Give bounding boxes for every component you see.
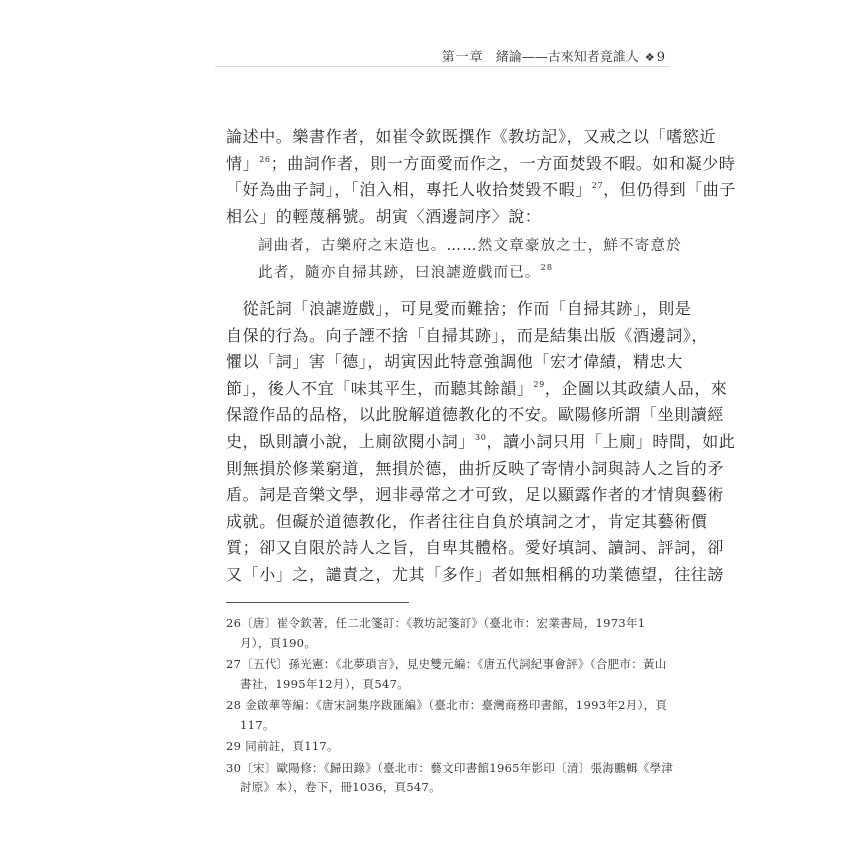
footnote-ref-30[interactable]: 30: [475, 433, 486, 442]
text-line: 質；卻又自限於詩人之旨，自卑其體格。愛好填詞、讀詞、評詞，卻: [226, 535, 658, 562]
text-line: 從託詞「浪謔遊戲」，可見愛而難捨；作而「自掃其跡」，則是: [226, 296, 658, 323]
text-line: 保證作品的品格，以此脫解道德教化的不安。歐陽修所謂「坐則讀經: [226, 402, 658, 429]
footnote-26: 26〔唐〕崔令欽著，任二北箋訂：《教坊記箋訂》（臺北市：宏業書局，1973年1 …: [226, 614, 666, 653]
diamond-icon: ❖: [645, 51, 655, 64]
text-line: 盾。詞是音樂文學，迥非尋常之才可致，足以顯露作者的才情與藝術: [226, 482, 658, 509]
text-line: 「好為曲子詞」，「洎入相，專托人收拾焚毀不暇」27，但仍得到「曲子: [226, 177, 658, 204]
footnote-ref-27[interactable]: 27: [592, 181, 603, 190]
footnote-28: 28 金啟華等編：《唐宋詞集序跋匯編》（臺北市：臺灣商務印書館，1993年2月）…: [226, 696, 666, 735]
text-line: 自保的行為。向子諲不捨「自掃其跡」，而是結集出版《酒邊詞》，: [226, 323, 658, 350]
running-header: 第一章緒論——古來知者竟誰人 ❖9: [440, 46, 665, 65]
text-line: 又「小」之，譴責之，尤其「多作」者如無相稱的功業德望，往往謗: [226, 562, 658, 589]
text-line: 節」，後人不宜「味其平生，而聽其餘韻」29，企圖以其政績人品，來: [226, 376, 658, 403]
footnote-ref-29[interactable]: 29: [533, 380, 544, 389]
footnote-ref-26[interactable]: 26: [259, 155, 270, 164]
footnotes: 26〔唐〕崔令欽著，任二北箋訂：《教坊記箋訂》（臺北市：宏業書局，1973年1 …: [226, 614, 666, 800]
text-line: 相公」的輕蔑稱號。胡寅〈酒邊詞序〉說：: [226, 204, 658, 231]
footnote-29: 29 同前註，頁117。: [226, 737, 666, 757]
paragraph-2: 從託詞「浪謔遊戲」，可見愛而難捨；作而「自掃其跡」，則是 自保的行為。向子諲不捨…: [226, 296, 658, 589]
footnote-divider: [226, 602, 409, 603]
chapter-label: 第一章: [442, 50, 484, 65]
text-line: 成就。但礙於道德教化，作者往往自負於填詞之才，肯定其藝術價: [226, 509, 658, 536]
footnote-30: 30〔宋〕歐陽修：《歸田錄》（臺北市：藝文印書館1965年影印〔清〕張海鵬輯《學…: [226, 759, 666, 798]
text-line: 則無損於修業窮道，無損於德，曲折反映了寄情小詞與詩人之旨的矛: [226, 456, 658, 483]
text-line: 情」26；曲詞作者，則一方面愛而作之，一方面焚毀不暇。如和凝少時: [226, 151, 658, 178]
footnote-ref-28[interactable]: 28: [541, 263, 554, 272]
text-line: 史，臥則讀小說，上廁欲閱小詞」30，讀小詞只用「上廁」時間，如此: [226, 429, 658, 456]
header-divider: [215, 66, 670, 67]
block-quote: 詞曲者，古樂府之末造也。……然文章豪放之士，鮮不寄意於 此者，隨亦自掃其跡，曰浪…: [258, 233, 658, 286]
page-number: 9: [657, 50, 665, 65]
section-title: 緒論——古來知者竟誰人: [496, 50, 639, 65]
footnote-27: 27〔五代〕孫光憲：《北夢瑣言》，見史雙元編：《唐五代詞紀事會評》（合肥市：黃山…: [226, 655, 666, 694]
quote-line: 此者，隨亦自掃其跡，曰浪謔遊戲而已。28: [258, 260, 658, 287]
paragraph-1: 論述中。樂書作者，如崔令欽既撰作《教坊記》，又戒之以「嗜慾近 情」26；曲詞作者…: [226, 124, 658, 230]
quote-line: 詞曲者，古樂府之末造也。……然文章豪放之士，鮮不寄意於: [258, 233, 658, 260]
text-line: 論述中。樂書作者，如崔令欽既撰作《教坊記》，又戒之以「嗜慾近: [226, 124, 658, 151]
text-line: 懼以「詞」害「德」，胡寅因此特意強調他「宏才偉績，精忠大: [226, 349, 658, 376]
